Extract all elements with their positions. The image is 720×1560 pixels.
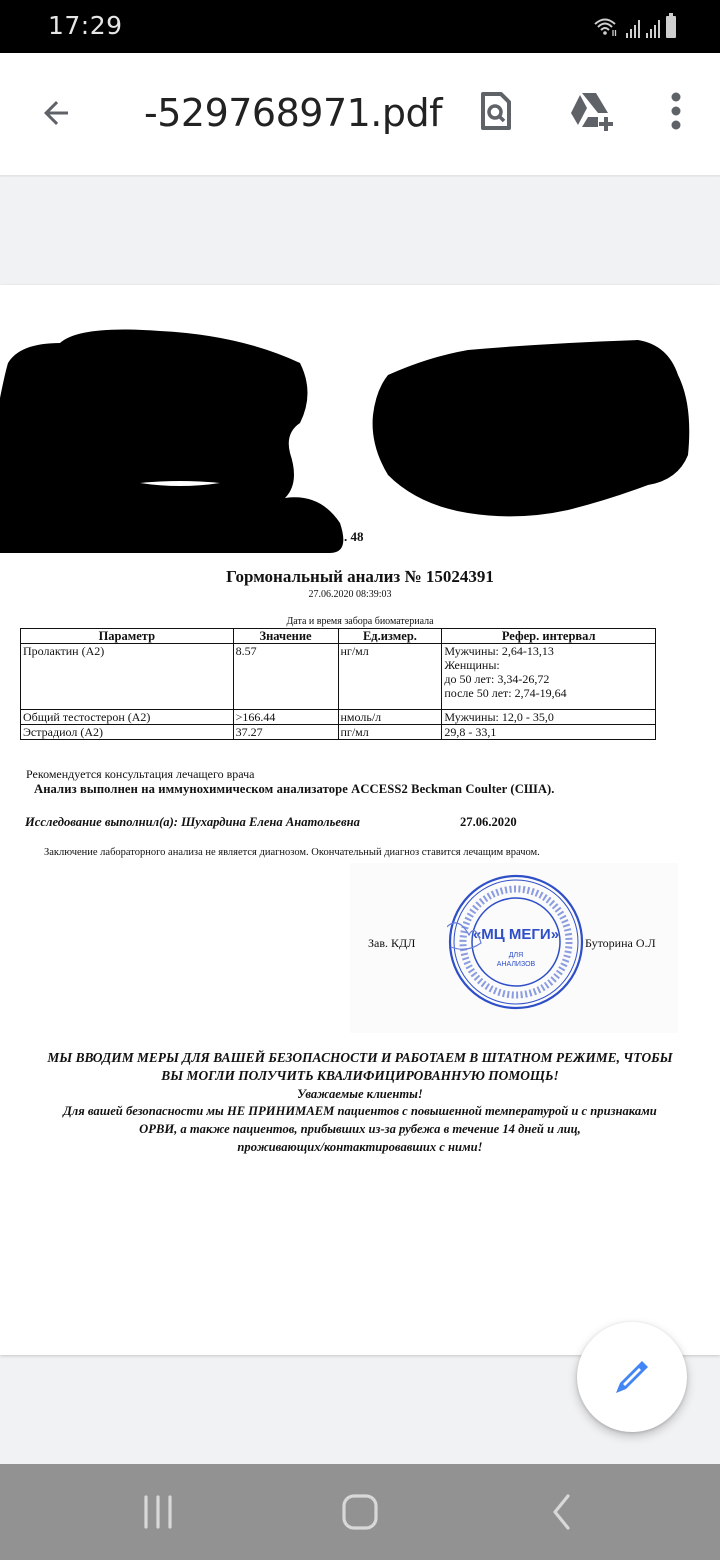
notice-line: ОРВИ, а также пациентов, прибывших из-за… xyxy=(0,1120,720,1138)
reference-line: до 50 лет: 3,34-26,72 xyxy=(444,672,653,686)
cell-reference: Мужчины: 2,64-13,13 Женщины: до 50 лет: … xyxy=(442,644,656,710)
table-row: Эстрадиол (А2) 37.27 пг/мл 29,8 - 33,1 xyxy=(21,725,656,740)
collection-datetime-label: Дата и время забора биоматериала xyxy=(0,616,720,627)
signal-icon xyxy=(626,18,640,38)
notice-line: МЫ ВВОДИМ МЕРЫ ДЛЯ ВАШЕЙ БЕЗОПАСНОСТИ И … xyxy=(0,1049,720,1067)
table-header-row: Параметр Значение Ед.измер. Рефер. интер… xyxy=(21,629,656,644)
performed-date: 27.06.2020 xyxy=(460,815,517,830)
edit-pencil-icon xyxy=(612,1357,652,1397)
pdf-page: . 48 Гормональный анализ № 15024391 27.0… xyxy=(0,285,720,1355)
reference-line: Мужчины: 2,64-13,13 xyxy=(444,644,653,658)
signature-left-label: Зав. КДЛ xyxy=(368,936,415,951)
analyzer-note: Анализ выполнен на иммунохимическом анал… xyxy=(34,782,555,797)
back-icon xyxy=(550,1493,574,1531)
notice-line: Для вашей безопасности мы НЕ ПРИНИМАЕМ п… xyxy=(0,1102,720,1120)
more-options-button[interactable] xyxy=(648,83,704,139)
reference-line: Женщины: xyxy=(444,658,653,672)
stamp-sub-text: АНАЛИЗОВ xyxy=(497,961,536,968)
cell-value: >166.44 xyxy=(233,710,338,725)
system-nav-bar xyxy=(0,1464,720,1560)
results-table: Параметр Значение Ед.измер. Рефер. интер… xyxy=(20,628,656,740)
performer-text: Исследование выполнил(а): Шухардина Елен… xyxy=(25,815,360,830)
table-row: Пролактин (А2) 8.57 нг/мл Мужчины: 2,64-… xyxy=(21,644,656,710)
cell-value: 8.57 xyxy=(233,644,338,710)
address-fragment: . 48 xyxy=(344,529,364,545)
header-value: Значение xyxy=(233,629,338,644)
save-to-drive-button[interactable] xyxy=(564,83,620,139)
document-title: Гормональный анализ № 15024391 xyxy=(0,567,720,587)
table-row: Общий тестостерон (А2) >166.44 нмоль/л М… xyxy=(21,710,656,725)
stamp-sub-text: ДЛЯ xyxy=(509,952,523,959)
cell-parameter: Эстрадиол (А2) xyxy=(21,725,234,740)
signal-icon xyxy=(646,18,660,38)
pdf-viewer[interactable]: . 48 Гормональный анализ № 15024391 27.0… xyxy=(0,177,720,1463)
header-parameter: Параметр xyxy=(21,629,234,644)
stamp-seal-icon: «МЦ МЕГИ» ДЛЯ АНАЛИЗОВ xyxy=(447,873,585,1011)
cell-unit: нг/мл xyxy=(338,644,442,710)
reference-line: 29,8 - 33,1 xyxy=(444,725,653,739)
cell-value: 37.27 xyxy=(233,725,338,740)
cell-reference: 29,8 - 33,1 xyxy=(442,725,656,740)
cell-unit: нмоль/л xyxy=(338,710,442,725)
status-icons xyxy=(594,14,676,38)
cell-parameter: Общий тестостерон (А2) xyxy=(21,710,234,725)
disclaimer-text: Заключение лабораторного анализа не явля… xyxy=(44,847,540,858)
redaction-mark xyxy=(0,323,350,553)
battery-icon xyxy=(666,16,676,38)
home-button[interactable] xyxy=(320,1482,400,1542)
search-document-icon xyxy=(479,91,513,131)
status-bar: 17:29 xyxy=(0,0,720,53)
recommendation-text: Рекомендуется консультация лечащего врач… xyxy=(26,767,255,782)
home-icon xyxy=(341,1493,379,1531)
notice-line: ВЫ МОГЛИ ПОЛУЧИТЬ КВАЛИФИЦИРОВАННУЮ ПОМО… xyxy=(0,1067,720,1085)
header-unit: Ед.измер. xyxy=(338,629,442,644)
recent-apps-icon xyxy=(141,1495,175,1529)
add-to-drive-icon xyxy=(568,91,616,131)
app-bar: -529768971.pdf xyxy=(0,53,720,176)
wifi-icon xyxy=(594,16,620,38)
more-vert-icon xyxy=(670,91,682,131)
cell-unit: пг/мл xyxy=(338,725,442,740)
signature-right-name: Буторина О.Л xyxy=(585,936,656,951)
status-time: 17:29 xyxy=(48,11,123,40)
cell-reference: Мужчины: 12,0 - 35,0 xyxy=(442,710,656,725)
reference-line: после 50 лет: 2,74-19,64 xyxy=(444,686,653,700)
stamp-main-text: «МЦ МЕГИ» xyxy=(473,926,559,943)
back-button[interactable] xyxy=(30,87,82,139)
reference-line: Мужчины: 12,0 - 35,0 xyxy=(444,710,653,724)
recent-apps-button[interactable] xyxy=(118,1482,198,1542)
edit-fab-button[interactable] xyxy=(577,1322,687,1432)
back-nav-button[interactable] xyxy=(522,1482,602,1542)
arrow-left-icon xyxy=(38,95,74,131)
cell-parameter: Пролактин (А2) xyxy=(21,644,234,710)
header-reference: Рефер. интервал xyxy=(442,629,656,644)
notice-line: Уважаемые клиенты! xyxy=(0,1085,720,1103)
redaction-mark xyxy=(368,335,696,525)
find-in-document-button[interactable] xyxy=(468,83,524,139)
notice-line: проживающих/контактировавших с ними! xyxy=(0,1138,720,1156)
file-title: -529768971.pdf xyxy=(144,91,442,135)
collection-datetime: 27.06.2020 08:39:03 xyxy=(0,589,700,600)
